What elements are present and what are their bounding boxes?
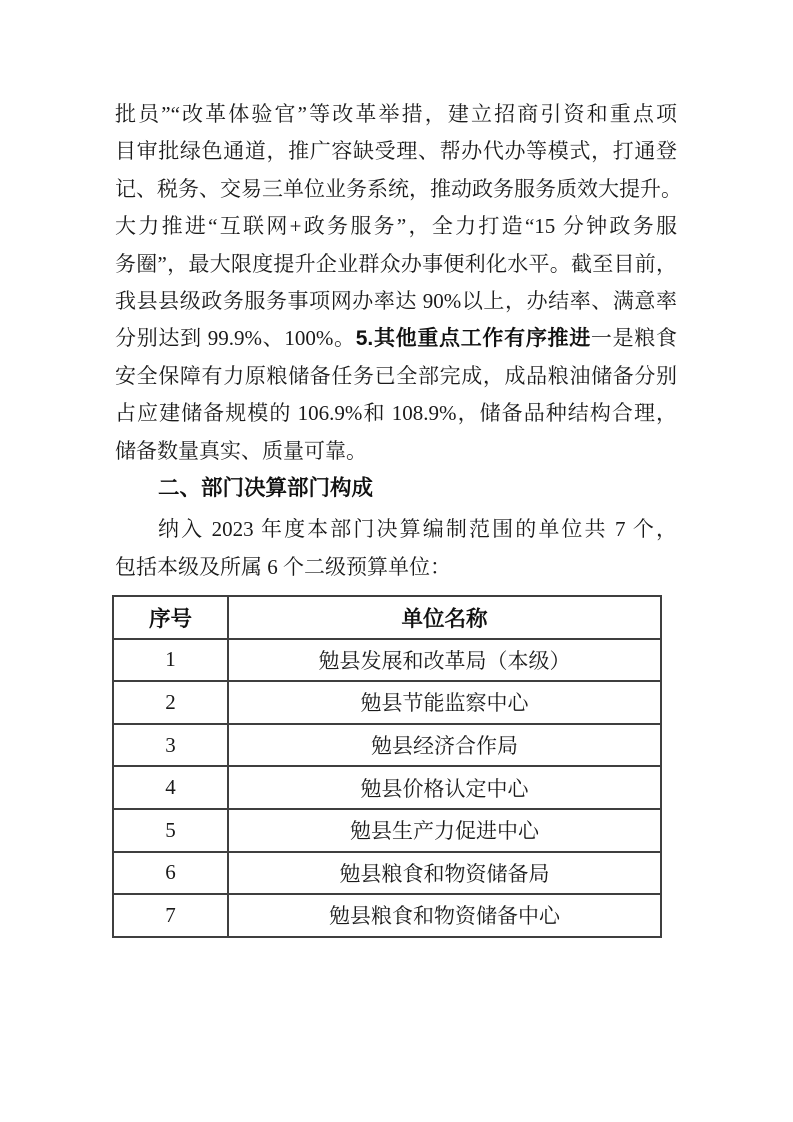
serial-cell: 6 [113, 852, 228, 895]
paragraph-line: 占应建储备规模的 106.9%和 108.9%，储备品种结构合理， [115, 395, 677, 432]
paragraph-line: 储备数量真实、质量可靠。 [115, 433, 677, 470]
bold-subheading-inline: 5.其他重点工作有序推进 [356, 327, 591, 350]
serial-cell: 4 [113, 766, 228, 809]
serial-cell: 2 [113, 681, 228, 724]
table-row: 3 勉县经济合作局 [113, 724, 661, 767]
table-row: 6 勉县粮食和物资储备局 [113, 852, 661, 895]
serial-number-header: 序号 [113, 596, 228, 639]
paragraph-line: 我县县级政务服务事项网办率达 90%以上，办结率、满意率 [115, 283, 677, 320]
body-text: 批员”“改革体验官”等改革举措，建立招商引资和重点项 目审批绿色通道，推广容缺受… [115, 96, 677, 586]
unit-name-cell: 勉县发展和改革局（本级） [228, 639, 661, 682]
paragraph-line: 目审批绿色通道，推广容缺受理、帮办代办等模式，打通登 [115, 133, 677, 170]
table-row: 4 勉县价格认定中心 [113, 766, 661, 809]
unit-name-cell: 勉县经济合作局 [228, 724, 661, 767]
paragraph-line: 务圈”，最大限度提升企业群众办事便利化水平。截至目前， [115, 246, 677, 283]
paragraph-line: 包括本级及所属 6 个二级预算单位： [115, 549, 677, 586]
paragraph-line: 记、税务、交易三单位业务系统，推动政务服务质效大提升。 [115, 171, 677, 208]
paragraph-line-with-bold: 分别达到 99.9%、100%。5.其他重点工作有序推进一是粮食 [115, 320, 677, 357]
unit-name-cell: 勉县粮食和物资储备中心 [228, 894, 661, 937]
table-row: 5 勉县生产力促进中心 [113, 809, 661, 852]
unit-name-cell: 勉县生产力促进中心 [228, 809, 661, 852]
units-table: 序号 单位名称 1 勉县发展和改革局（本级） 2 勉县节能监察中心 3 勉县经济… [112, 595, 662, 938]
unit-name-header: 单位名称 [228, 596, 661, 639]
serial-cell: 3 [113, 724, 228, 767]
serial-cell: 5 [113, 809, 228, 852]
serial-cell: 1 [113, 639, 228, 682]
paragraph-line: 安全保障有力原粮储备任务已全部完成，成品粮油储备分别 [115, 358, 677, 395]
paragraph-text: 分别达到 99.9%、100%。 [115, 326, 356, 350]
table-row: 1 勉县发展和改革局（本级） [113, 639, 661, 682]
unit-name-cell: 勉县节能监察中心 [228, 681, 661, 724]
unit-name-cell: 勉县粮食和物资储备局 [228, 852, 661, 895]
document-page: { "page": { "background_color": "#ffffff… [0, 0, 793, 1122]
table-header-row: 序号 单位名称 [113, 596, 661, 639]
paragraph-line: 纳入 2023 年度本部门决算编制范围的单位共 7 个， [115, 511, 677, 548]
table-row: 2 勉县节能监察中心 [113, 681, 661, 724]
paragraph-line: 批员”“改革体验官”等改革举措，建立招商引资和重点项 [115, 96, 677, 133]
paragraph-line: 大力推进“互联网+政务服务”，全力打造“15 分钟政务服 [115, 208, 677, 245]
table-row: 7 勉县粮食和物资储备中心 [113, 894, 661, 937]
section-heading: 二、部门决算部门构成 [115, 470, 677, 507]
serial-cell: 7 [113, 894, 228, 937]
paragraph-text: 一是粮食 [591, 326, 677, 350]
unit-name-cell: 勉县价格认定中心 [228, 766, 661, 809]
